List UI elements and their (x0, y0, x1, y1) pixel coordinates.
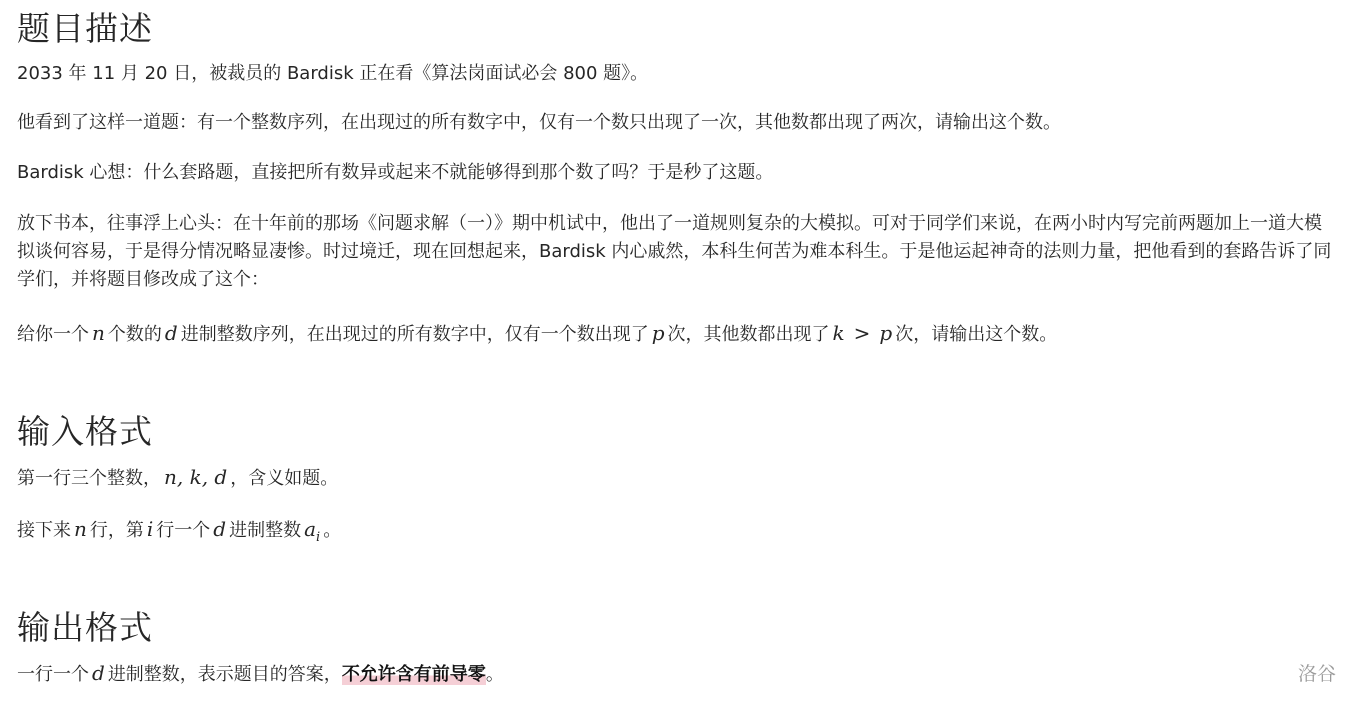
text: 。 (323, 520, 341, 541)
description-heading: 题目描述 (17, 9, 153, 49)
math-i: i (144, 517, 156, 541)
description-paragraph-5: 给你一个n个数的d进制整数序列，在出现过的所有数字中，仅有一个数出现了p次，其他… (17, 319, 1057, 349)
math-n: n (89, 321, 108, 345)
text: 第一行三个整数， (17, 468, 161, 489)
text: 进制整数序列，在出现过的所有数字中，仅有一个数出现了 (181, 324, 649, 345)
text: 行一个 (156, 520, 210, 541)
output-heading: 输出格式 (17, 608, 153, 648)
text: 一行一个 (17, 664, 89, 685)
text: 进制整数，表示题目的答案， (108, 664, 342, 685)
highlighted-bold-text: 不允许含有前导零 (342, 664, 486, 685)
description-paragraph-4: 放下书本，往事浮上心头：在十年前的那场《问题求解（一）》期中机试中，他出了一道规… (17, 210, 1337, 294)
math-d: d (89, 661, 108, 685)
text: 。 (486, 664, 504, 685)
input-paragraph-2: 接下来n行，第i行一个d进制整数ai。 (17, 515, 341, 552)
input-paragraph-1: 第一行三个整数，n, k, d，含义如题。 (17, 463, 338, 493)
text: 接下来 (17, 520, 71, 541)
text: 次，请输出这个数。 (895, 324, 1057, 345)
math-k: k (830, 321, 848, 345)
math-p: p (649, 321, 668, 345)
math-d: d (210, 517, 229, 541)
text: 进制整数 (229, 520, 301, 541)
description-paragraph-2: 他看到了这样一道题：有一个整数序列，在出现过的所有数字中，仅有一个数只出现了一次… (17, 109, 1061, 137)
math-p: p (876, 321, 895, 345)
text: 给你一个 (17, 324, 89, 345)
math-a-i: ai (301, 517, 323, 541)
text: 个数的 (108, 324, 162, 345)
text: 行，第 (90, 520, 144, 541)
text: 次，其他数都出现了 (668, 324, 830, 345)
math-subscript-i: i (316, 530, 320, 545)
math-n: n (71, 517, 90, 541)
math-d: d (162, 321, 181, 345)
input-heading: 输入格式 (17, 412, 153, 452)
math-a: a (304, 517, 316, 541)
output-paragraph-1: 一行一个d进制整数，表示题目的答案，不允许含有前导零。 (17, 659, 504, 689)
luogu-watermark: 洛谷 (1298, 659, 1336, 686)
math-greater-than: > (848, 321, 877, 345)
math-n-k-d: n, k, d (161, 465, 230, 489)
description-paragraph-3: Bardisk 心想：什么套路题，直接把所有数异或起来不就能够得到那个数了吗？于… (17, 159, 773, 187)
description-paragraph-1: 2033 年 11 月 20 日，被裁员的 Bardisk 正在看《算法岗面试必… (17, 60, 648, 88)
text: ，含义如题。 (230, 468, 338, 489)
